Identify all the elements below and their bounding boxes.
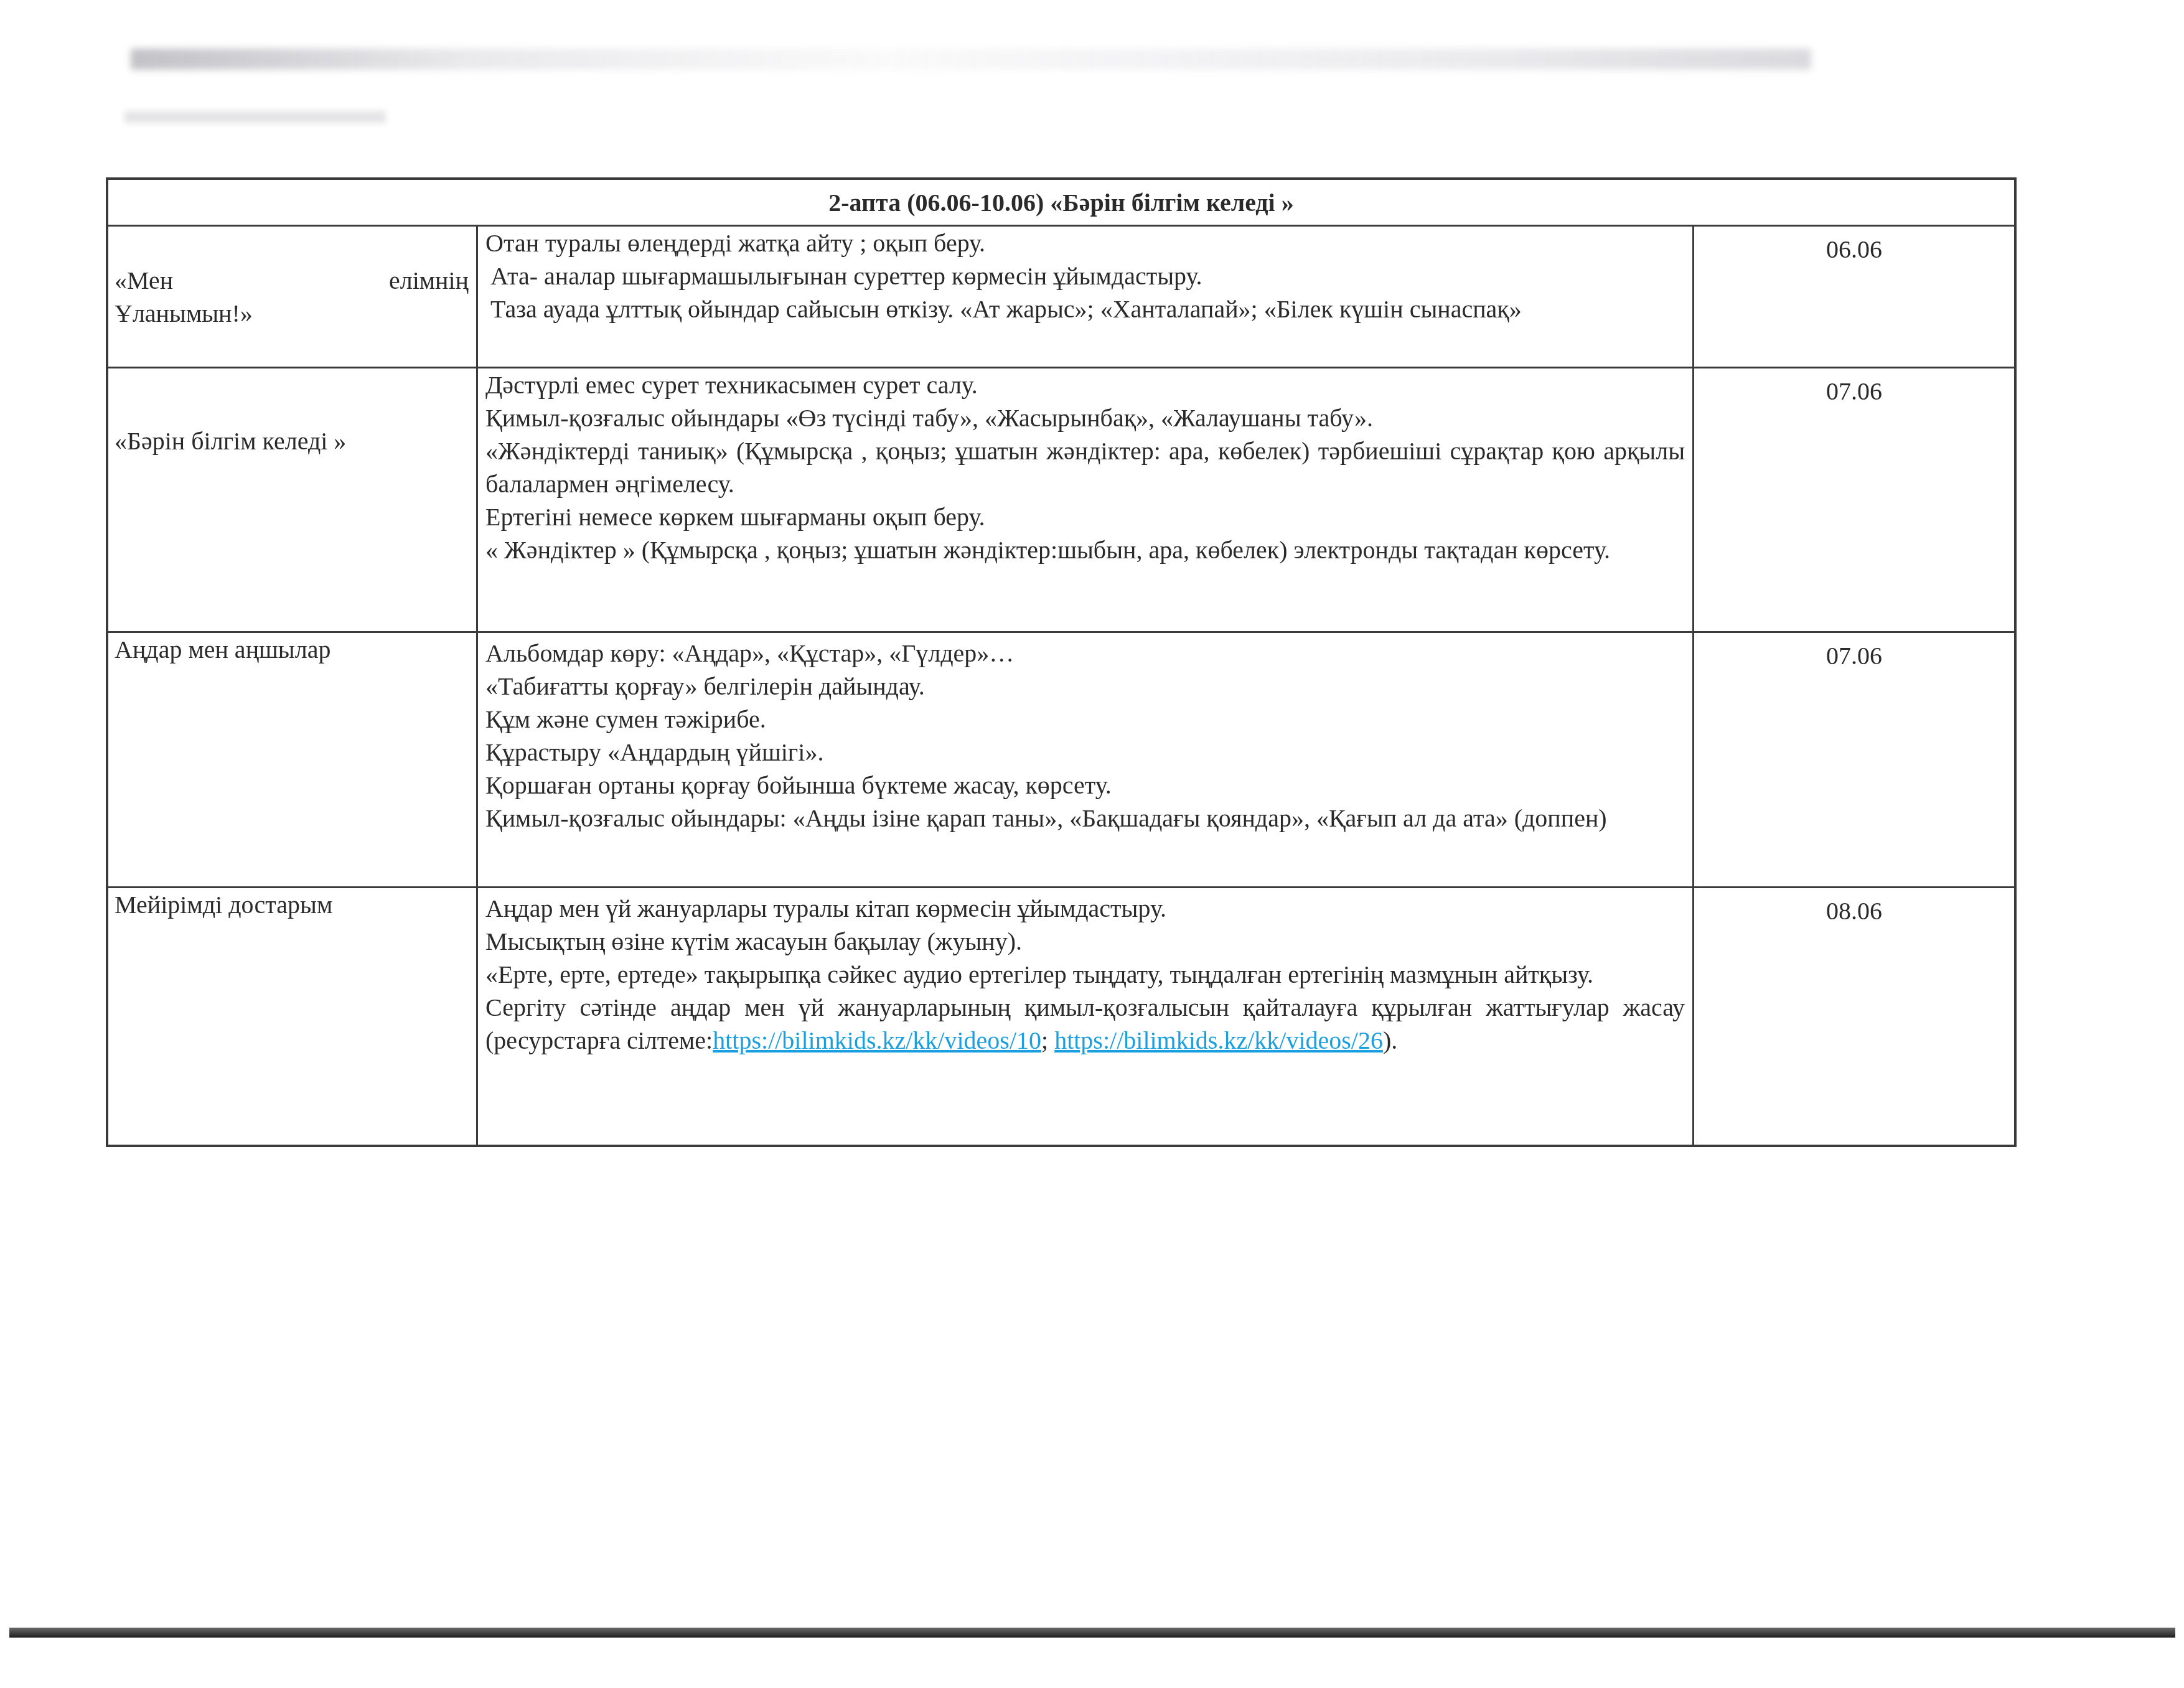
week-header-row: 2-апта (06.06-10.06) «Бәрін білгім келед… <box>107 179 2015 226</box>
topic-text: «Бәрін білгім келеді » <box>115 424 469 457</box>
activity-item: « Жәндіктер » (Құмырсқа , қоңыз; ұшатын … <box>485 533 1685 566</box>
scan-artifact <box>131 49 1811 70</box>
table-row: «Мен елімнің Ұланымын!» Отан туралы өлең… <box>107 226 2015 368</box>
activity-item: Құрастыру «Аңдардың үйшігі». <box>485 736 1685 769</box>
table-row: «Бәрін білгім келеді » Дәстүрлі емес сур… <box>107 368 2015 632</box>
activity-item: Мысықтың өзіне күтім жасауын бақылау (жу… <box>485 925 1685 958</box>
activity-item: Отан туралы өлеңдерді жатқа айту ; оқып … <box>485 227 1685 260</box>
activity-item: Құм және сумен тәжірибе. <box>485 703 1685 736</box>
activity-item: Қимыл-қозғалыс ойындары: «Аңды ізіне қар… <box>485 802 1685 835</box>
activity-item: Аңдар мен үй жануарлары туралы кітап көр… <box>485 892 1685 925</box>
topic-text: елімнің <box>389 264 469 297</box>
topic-cell: Аңдар мен аңшылар <box>107 632 477 888</box>
activity-item: Қимыл-қозғалыс ойындары «Өз түсінді табу… <box>485 401 1685 434</box>
activity-item: Ата- аналар шығармашылығынан суреттер кө… <box>485 260 1685 293</box>
date-cell: 07.06 <box>1694 368 2015 632</box>
activity-text-end: ). <box>1383 1026 1397 1054</box>
topic-cell: «Бәрін білгім келеді » <box>107 368 477 632</box>
activity-item-with-links: Сергіту сәтінде аңдар мен үй жануарларын… <box>485 991 1685 1057</box>
date-cell: 07.06 <box>1694 632 2015 888</box>
activity-item: Альбомдар көру: «Аңдар», «Құстар», «Гүлд… <box>485 637 1685 670</box>
date-cell: 06.06 <box>1694 226 2015 368</box>
activity-item: Дәстүрлі емес сурет техникасымен сурет с… <box>485 368 1685 401</box>
activity-item: «Ерте, ерте, ертеде» тақырыпқа сәйкес ау… <box>485 958 1685 991</box>
activity-item: «Табиғатты қорғау» белгілерін дайындау. <box>485 670 1685 703</box>
scan-artifact <box>124 111 386 123</box>
topic-line: «Мен елімнің <box>115 264 469 297</box>
topic-text: «Мен <box>115 264 173 297</box>
week-header: 2-апта (06.06-10.06) «Бәрін білгім келед… <box>107 179 2015 226</box>
activities-cell: Альбомдар көру: «Аңдар», «Құстар», «Гүлд… <box>477 632 1694 888</box>
activity-item: Ертегіні немесе көркем шығарманы оқып бе… <box>485 500 1685 533</box>
activities-cell: Дәстүрлі емес сурет техникасымен сурет с… <box>477 368 1694 632</box>
topic-cell: Мейірімді достарым <box>107 888 477 1146</box>
table-row: Мейірімді достарым Аңдар мен үй жануарла… <box>107 888 2015 1146</box>
activity-item: Таза ауада ұлттық ойындар сайысын өткізу… <box>485 293 1685 326</box>
link-separator: ; <box>1041 1026 1048 1054</box>
topic-cell: «Мен елімнің Ұланымын!» <box>107 226 477 368</box>
table-row: Аңдар мен аңшылар Альбомдар көру: «Аңдар… <box>107 632 2015 888</box>
resource-link-1[interactable]: https://bilimkids.kz/kk/videos/10 <box>713 1026 1041 1054</box>
activity-item: Қоршаған ортаны қорғау бойынша бүктеме ж… <box>485 769 1685 802</box>
scan-edge-band <box>9 1628 2175 1638</box>
topic-text: Ұланымын!» <box>115 297 469 330</box>
date-cell: 08.06 <box>1694 888 2015 1146</box>
activities-cell: Аңдар мен үй жануарлары туралы кітап көр… <box>477 888 1694 1146</box>
weekly-plan-table: 2-апта (06.06-10.06) «Бәрін білгім келед… <box>106 177 2017 1147</box>
activity-item: «Жәндіктерді таниық» (Құмырсқа , қоңыз; … <box>485 434 1685 500</box>
resource-link-2[interactable]: https://bilimkids.kz/kk/videos/26 <box>1054 1026 1383 1054</box>
topic-text: Мейірімді достарым <box>115 888 469 921</box>
activities-cell: Отан туралы өлеңдерді жатқа айту ; оқып … <box>477 226 1694 368</box>
topic-text: Аңдар мен аңшылар <box>115 633 469 666</box>
